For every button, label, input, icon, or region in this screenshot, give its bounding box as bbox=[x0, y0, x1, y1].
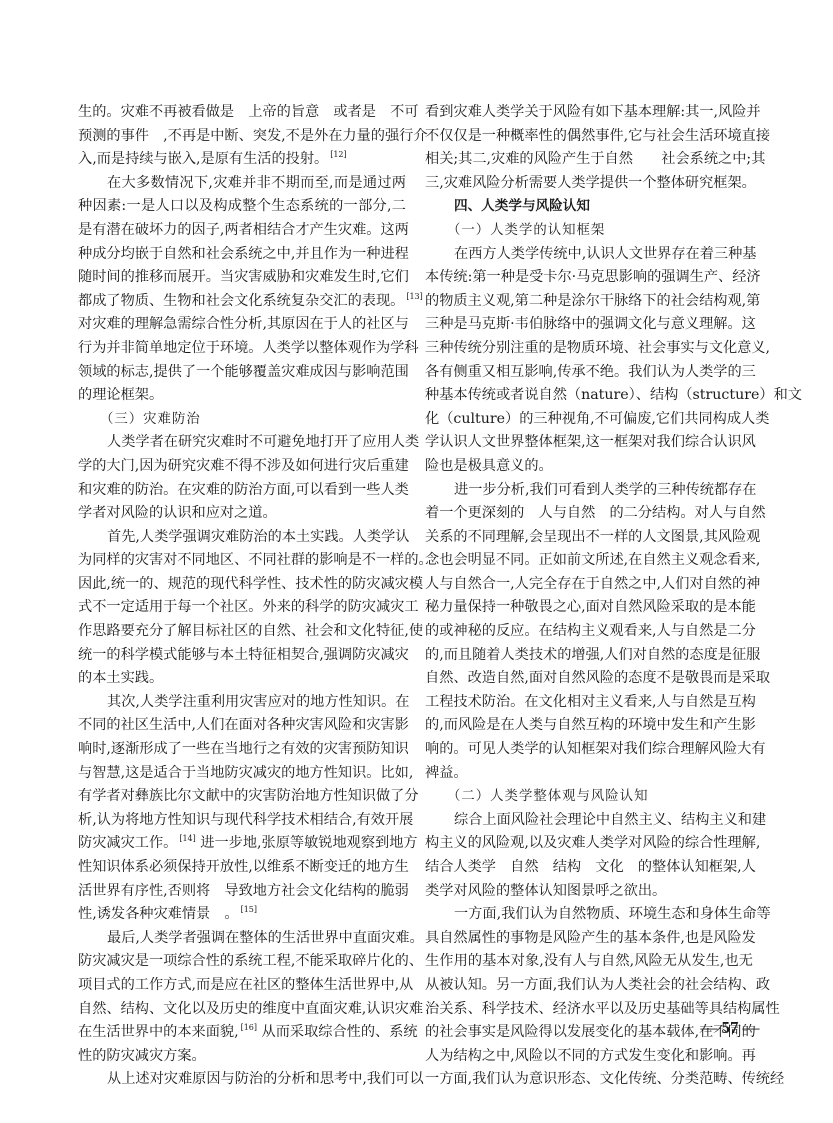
line-text: 生的。灾难不再被看做是 上帝的旨意 或者是 不可 bbox=[78, 104, 419, 120]
paragraph-first-line: 综合上面风险社会理论中自然主义、结构主义和建 bbox=[425, 809, 753, 833]
line-text: 综合上面风险社会理论中自然主义、结构主义和建 bbox=[454, 812, 766, 828]
line-text: 学者对风险的认识和应对之道。 bbox=[78, 505, 277, 521]
body-text-line: 为同样的灾害对不同地区、不同社群的影响是不一样的。 bbox=[78, 549, 406, 573]
paragraph-first-line: 人类学者在研究灾难时不可避免地打开了应用人类 bbox=[78, 431, 406, 455]
subsection-heading: （二）人类学整体观与风险认知 bbox=[425, 785, 753, 809]
body-text-line: 响的。可见人类学的认知框架对我们综合理解风险大有 bbox=[425, 738, 753, 762]
line-text: 裨益。 bbox=[425, 765, 468, 781]
citation-reference: [12] bbox=[330, 150, 346, 159]
line-text: 三,灾难风险分析需要人类学提供一个整体研究框架。 bbox=[425, 175, 756, 191]
line-text: 对灾难的理解急需综合性分析,其原因在于人的社区与 bbox=[78, 316, 409, 332]
body-text-line: 在生活世界中的本来面貌,[16] 从而采取综合性的、系统 bbox=[78, 1021, 406, 1045]
line-text: 其次,人类学注重利用灾害应对的地方性知识。在 bbox=[107, 694, 409, 710]
paragraph-last-line: 性,诱发各种灾难情景 。[15] bbox=[78, 903, 406, 927]
body-text-line: 学的大门,因为研究灾难不得不涉及如何进行灾后重建 bbox=[78, 455, 406, 479]
line-text: 入,而是持续与嵌入,是原有生活的投射。 bbox=[78, 151, 328, 167]
body-text-line: 项目式的工作方式,而是应在社区的整体生活世界中,从 bbox=[78, 974, 406, 998]
body-text-line: 对灾难的理解急需综合性分析,其原因在于人的社区与 bbox=[78, 313, 406, 337]
line-text: 不仅仅是一种概率性的偶然事件,它与社会生活环境直接 bbox=[425, 128, 770, 144]
line-text: 险也是极具意义的。 bbox=[425, 458, 553, 474]
line-text: 念也会明显不同。正如前文所述,在自然主义观念看来, bbox=[425, 552, 760, 568]
body-text-line: 学认识人文世界整体框架,这一框架对我们综合认识风 bbox=[425, 431, 753, 455]
line-text: 都成了物质、生物和社会文化系统复杂交汇的表现。 bbox=[78, 293, 404, 309]
body-text-line: 是有潜在破坏力的因子,两者相结合才产生灾难。这两 bbox=[78, 219, 406, 243]
paragraph-last-line: 的本土实践。 bbox=[78, 667, 406, 691]
paragraph-first-line: 首先,人类学强调灾难防治的本土实践。人类学认 bbox=[78, 526, 406, 550]
body-text-line: 析,认为将地方性知识与现代科学技术相结合,有效开展 bbox=[78, 809, 406, 833]
body-text-line: 活世界有序性,否则将 导致地方社会文化结构的脆弱 bbox=[78, 880, 406, 904]
line-text: 进一步分析,我们可看到人类学的三种传统都存在 bbox=[454, 482, 756, 498]
body-text-line: 因此,统一的、规范的现代科学性、技术性的防灾减灾模 bbox=[78, 573, 406, 597]
citation-reference: [14] bbox=[179, 834, 195, 843]
line-text: 化（culture）的三种视角,不可偏废,它们共同构成人类 bbox=[425, 411, 769, 427]
page-number: —57— bbox=[690, 1018, 770, 1038]
line-text: 工程技术防治。在文化相对主义看来,人与自然是互构 bbox=[425, 694, 756, 710]
body-text-line: 看到灾难人类学关于风险有如下基本理解:其一,风险并 bbox=[425, 101, 753, 125]
citation-reference: [15] bbox=[241, 905, 257, 914]
line-text: （一）人类学的认知框架 bbox=[447, 223, 605, 238]
line-text: 在生活世界中的本来面貌, bbox=[78, 1024, 239, 1040]
paragraph-first-line: 从上述对灾难原因与防治的分析和思考中,我们可以 bbox=[78, 1068, 406, 1092]
body-text-line: 生的。灾难不再被看做是 上帝的旨意 或者是 不可 bbox=[78, 101, 406, 125]
line-text: 性的防灾减灾方案。 bbox=[78, 1048, 206, 1064]
body-text-line: 随时间的推移而展开。当灾害威胁和灾难发生时,它们 bbox=[78, 266, 406, 290]
left-column: 生的。灾难不再被看做是 上帝的旨意 或者是 不可预测的事件 ,不再是中断、突发,… bbox=[78, 101, 406, 1092]
line-text: 人与自然合一,人完全存在于自然之中,人们对自然的神 bbox=[425, 576, 760, 592]
body-text-line: 性知识体系必须保持开放性,以维系不断变迁的地方生 bbox=[78, 856, 406, 880]
page-number-dash-right: — bbox=[743, 1018, 760, 1037]
line-text: 三种是马克斯·韦伯脉络中的强调文化与意义理解。这 bbox=[425, 316, 756, 332]
paragraph-last-line: 三,灾难风险分析需要人类学提供一个整体研究框架。 bbox=[425, 172, 753, 196]
line-text: 式不一定适用于每一个社区。外来的科学的防灾减灾工 bbox=[78, 599, 419, 615]
line-text: 析,认为将地方性知识与现代科学技术相结合,有效开展 bbox=[78, 812, 413, 828]
line-text: 随时间的推移而展开。当灾害威胁和灾难发生时,它们 bbox=[78, 269, 409, 285]
line-text: 在大多数情况下,灾难并非不期而至,而是通过两 bbox=[107, 175, 406, 191]
body-text-line: 不同的社区生活中,人们在面对各种灾害风险和灾害影 bbox=[78, 714, 406, 738]
body-text-line: 式不一定适用于每一个社区。外来的科学的防灾减灾工 bbox=[78, 596, 406, 620]
line-text: 从上述对灾难原因与防治的分析和思考中,我们可以 bbox=[107, 1071, 424, 1087]
body-text-line: 生作用的基本对象,没有人与自然,风险无从发生,也无 bbox=[425, 950, 753, 974]
line-text: 本传统:第一种是受卡尔·马克思影响的强调生产、经济 bbox=[425, 269, 761, 285]
line-text: 各有侧重又相互影响,传承不绝。我们认为人类学的三 bbox=[425, 364, 756, 380]
line-text: 活世界有序性,否则将 导致地方社会文化结构的脆弱 bbox=[78, 883, 409, 899]
body-text-line: 三种传统分别注重的是物质环境、社会事实与文化意义, bbox=[425, 337, 753, 361]
line-text: 生作用的基本对象,没有人与自然,风险无从发生,也无 bbox=[425, 953, 753, 969]
line-text: 四、人类学与风险认知 bbox=[454, 198, 590, 214]
line-text: 在西方人类学传统中,认识人文世界存在着三种基 bbox=[454, 246, 756, 262]
line-text: 项目式的工作方式,而是应在社区的整体生活世界中,从 bbox=[78, 977, 413, 993]
line-text: 性,诱发各种灾难情景 。 bbox=[78, 906, 239, 922]
line-text: 防灾减灾是一项综合性的系统工程,不能采取碎片化的、 bbox=[78, 953, 423, 969]
body-text-line: 化（culture）的三种视角,不可偏废,它们共同构成人类 bbox=[425, 408, 753, 432]
line-text: 防灾减灾工作。 bbox=[78, 835, 177, 851]
line-text: 种基本传统或者说自然（nature）、结构（structure）和文 bbox=[425, 387, 802, 403]
body-text-line: 防灾减灾工作。[14] 进一步地,张原等敏锐地观察到地方 bbox=[78, 832, 406, 856]
body-text-line: 着一个更深刻的 人与自然 的二分结构。对人与自然 bbox=[425, 502, 753, 526]
right-column: 看到灾难人类学关于风险有如下基本理解:其一,风险并不仅仅是一种概率性的偶然事件,… bbox=[425, 101, 753, 1092]
paragraph-last-line: 裨益。 bbox=[425, 762, 753, 786]
body-text-line: 不仅仅是一种概率性的偶然事件,它与社会生活环境直接 bbox=[425, 125, 753, 149]
line-text: （二）人类学整体观与风险认知 bbox=[447, 789, 648, 804]
body-text-line: 自然、改造自然,面对自然风险的态度不是敬畏而是采取 bbox=[425, 667, 753, 691]
paragraph-last-line: 入,而是持续与嵌入,是原有生活的投射。[12] bbox=[78, 148, 406, 172]
body-text-line: 响时,逐渐形成了一些在当地行之有效的灾害预防知识 bbox=[78, 738, 406, 762]
line-text: （三）灾难防治 bbox=[100, 412, 201, 427]
line-text: 构主义的风险观,以及灾难人类学对风险的综合性理解, bbox=[425, 835, 760, 851]
body-text-line: 的或神秘的反应。在结构主义观看来,人与自然是二分 bbox=[425, 620, 753, 644]
body-text-line: 种基本传统或者说自然（nature）、结构（structure）和文 bbox=[425, 384, 753, 408]
line-text: 与智慧,这是适合于当地防灾减灾的地方性知识。比如, bbox=[78, 765, 413, 781]
body-text-line: 秘力量保持一种敬畏之心,面对自然风险采取的是本能 bbox=[425, 596, 753, 620]
body-text-line: 的,而风险是在人类与自然互构的环境中发生和产生影 bbox=[425, 714, 753, 738]
line-text: 响的。可见人类学的认知框架对我们综合理解风险大有 bbox=[425, 741, 766, 757]
line-text: 学认识人文世界整体框架,这一框架对我们综合认识风 bbox=[425, 434, 756, 450]
line-text: 的理论框架。 bbox=[78, 387, 163, 403]
citation-reference: [13] bbox=[406, 292, 422, 301]
paragraph-last-line: 险也是极具意义的。 bbox=[425, 455, 753, 479]
body-text-line: 都成了物质、生物和社会文化系统复杂交汇的表现。[13] bbox=[78, 290, 406, 314]
paragraph-last-line: 性的防灾减灾方案。 bbox=[78, 1045, 406, 1069]
line-text: 关系的不同理解,会呈现出不一样的人文图景,其风险观 bbox=[425, 529, 760, 545]
paragraph-first-line: 一方面,我们认为自然物质、环境生态和身体生命等 bbox=[425, 903, 753, 927]
line-text: 的物质主义观,第二种是涂尔干脉络下的社会结构观,第 bbox=[425, 293, 760, 309]
body-text-line: 的物质主义观,第二种是涂尔干脉络下的社会结构观,第 bbox=[425, 290, 753, 314]
line-text: 人为结构之中,风险以不同的方式发生变化和影响。再 bbox=[425, 1048, 756, 1064]
body-text-line: 行为并非简单地定位于环境。人类学以整体观作为学科 bbox=[78, 337, 406, 361]
body-text-line: 自然、结构、文化以及历史的维度中直面灾难,认识灾难 bbox=[78, 998, 406, 1022]
line-text: 是有潜在破坏力的因子,两者相结合才产生灾难。这两 bbox=[78, 222, 409, 238]
page-number-value: 57 bbox=[722, 1018, 739, 1037]
line-text: 的,而且随着人类技术的增强,人们对自然的态度是征服 bbox=[425, 647, 760, 663]
line-text: 结合人类学 自然 结构 文化 的整体认知框架,人 bbox=[425, 859, 756, 875]
line-text: 自然、改造自然,面对自然风险的态度不是敬畏而是采取 bbox=[425, 670, 770, 686]
body-text-line: 具自然属性的事物是风险产生的基本条件,也是风险发 bbox=[425, 927, 753, 951]
line-text: 统一的科学模式能够与本土特征相契合,强调防灾减灾 bbox=[78, 647, 409, 663]
line-text: 因此,统一的、规范的现代科学性、技术性的防灾减灾模 bbox=[78, 576, 423, 592]
body-text-line: 种成分均嵌于自然和社会系统之中,并且作为一种进程 bbox=[78, 243, 406, 267]
line-text: 有学者对彝族比尔文献中的灾害防治地方性知识做了分 bbox=[78, 788, 419, 804]
line-text: 性知识体系必须保持开放性,以维系不断变迁的地方生 bbox=[78, 859, 409, 875]
line-text: 一方面,我们认为意识形态、文化传统、分类范畴、传统经 bbox=[425, 1071, 784, 1087]
line-text: 行为并非简单地定位于环境。人类学以整体观作为学科 bbox=[78, 340, 419, 356]
line-text: 秘力量保持一种敬畏之心,面对自然风险采取的是本能 bbox=[425, 599, 756, 615]
line-text: 预测的事件 ,不再是中断、突发,不是外在力量的强行介 bbox=[78, 128, 428, 144]
line-text: 治关系、科学技术、经济水平以及历史基础等具结构属性 bbox=[425, 1001, 780, 1017]
line-text: 学的大门,因为研究灾难不得不涉及如何进行灾后重建 bbox=[78, 458, 409, 474]
body-text-line: 防灾减灾是一项综合性的系统工程,不能采取碎片化的、 bbox=[78, 950, 406, 974]
body-text-line: 各有侧重又相互影响,传承不绝。我们认为人类学的三 bbox=[425, 361, 753, 385]
line-text: 种因素:一是人口以及构成整个生态系统的一部分,二 bbox=[78, 198, 406, 214]
body-text-line: 领域的标志,提供了一个能够覆盖灾难成因与影响范围 bbox=[78, 361, 406, 385]
line-text: 着一个更深刻的 人与自然 的二分结构。对人与自然 bbox=[425, 505, 766, 521]
body-text-line: 人与自然合一,人完全存在于自然之中,人们对自然的神 bbox=[425, 573, 753, 597]
paragraph-first-line: 在大多数情况下,灾难并非不期而至,而是通过两 bbox=[78, 172, 406, 196]
paragraph-first-line: 最后,人类学者强调在整体的生活世界中直面灾难。 bbox=[78, 927, 406, 951]
paragraph-last-line: 类学对风险的整体认知图景呼之欲出。 bbox=[425, 880, 753, 904]
line-text: 作思路要充分了解目标社区的自然、社会和文化特征,使 bbox=[78, 623, 423, 639]
line-text: 人类学者在研究灾难时不可避免地打开了应用人类 bbox=[107, 434, 419, 450]
body-text-line: 本传统:第一种是受卡尔·马克思影响的强调生产、经济 bbox=[425, 266, 753, 290]
line-text: 种成分均嵌于自然和社会系统之中,并且作为一种进程 bbox=[78, 246, 409, 262]
line-text: 自然、结构、文化以及历史的维度中直面灾难,认识灾难 bbox=[78, 1001, 423, 1017]
body-text-line: 人为结构之中,风险以不同的方式发生变化和影响。再 bbox=[425, 1045, 753, 1069]
body-text-line: 和灾难的防治。在灾难的防治方面,可以看到一些人类 bbox=[78, 479, 406, 503]
body-text-line: 作思路要充分了解目标社区的自然、社会和文化特征,使 bbox=[78, 620, 406, 644]
body-text-line: 一方面,我们认为意识形态、文化传统、分类范畴、传统经 bbox=[425, 1068, 753, 1092]
line-text: 看到灾难人类学关于风险有如下基本理解:其一,风险并 bbox=[425, 104, 761, 120]
body-text-line: 预测的事件 ,不再是中断、突发,不是外在力量的强行介 bbox=[78, 125, 406, 149]
line-text: 类学对风险的整体认知图景呼之欲出。 bbox=[425, 883, 666, 899]
line-text: 首先,人类学强调灾难防治的本土实践。人类学认 bbox=[107, 529, 409, 545]
line-text: 最后,人类学者强调在整体的生活世界中直面灾难。 bbox=[107, 930, 424, 946]
body-text-line: 有学者对彝族比尔文献中的灾害防治地方性知识做了分 bbox=[78, 785, 406, 809]
line-text: 一方面,我们认为自然物质、环境生态和身体生命等 bbox=[454, 906, 771, 922]
line-text: 三种传统分别注重的是物质环境、社会事实与文化意义, bbox=[425, 340, 770, 356]
line-text: 的本土实践。 bbox=[78, 670, 163, 686]
line-text: 和灾难的防治。在灾难的防治方面,可以看到一些人类 bbox=[78, 482, 409, 498]
body-text-line: 相关;其二,灾难的风险产生于自然 社会系统之中;其 bbox=[425, 148, 753, 172]
line-text: 的,而风险是在人类与自然互构的环境中发生和产生影 bbox=[425, 717, 756, 733]
body-text-line: 的,而且随着人类技术的增强,人们对自然的态度是征服 bbox=[425, 644, 753, 668]
line-text: 相关;其二,灾难的风险产生于自然 社会系统之中;其 bbox=[425, 151, 765, 167]
body-text-line: 结合人类学 自然 结构 文化 的整体认知框架,人 bbox=[425, 856, 753, 880]
line-text-continued: 从而采取综合性的、系统 bbox=[257, 1024, 418, 1040]
paragraph-first-line: 其次,人类学注重利用灾害应对的地方性知识。在 bbox=[78, 691, 406, 715]
line-text: 从被认知。另一方面,我们认为人类社会的社会结构、政 bbox=[425, 977, 770, 993]
body-text-line: 种因素:一是人口以及构成整个生态系统的一部分,二 bbox=[78, 195, 406, 219]
line-text: 领域的标志,提供了一个能够覆盖灾难成因与影响范围 bbox=[78, 364, 409, 380]
line-text: 不同的社区生活中,人们在面对各种灾害风险和灾害影 bbox=[78, 717, 409, 733]
subsection-heading: （一）人类学的认知框架 bbox=[425, 219, 753, 243]
line-text: 响时,逐渐形成了一些在当地行之有效的灾害预防知识 bbox=[78, 741, 409, 757]
body-text-line: 构主义的风险观,以及灾难人类学对风险的综合性理解, bbox=[425, 832, 753, 856]
body-text-line: 工程技术防治。在文化相对主义看来,人与自然是互构 bbox=[425, 691, 753, 715]
body-text-line: 念也会明显不同。正如前文所述,在自然主义观念看来, bbox=[425, 549, 753, 573]
body-text-line: 三种是马克斯·韦伯脉络中的强调文化与意义理解。这 bbox=[425, 313, 753, 337]
paragraph-last-line: 学者对风险的认识和应对之道。 bbox=[78, 502, 406, 526]
paragraph-first-line: 进一步分析,我们可看到人类学的三种传统都存在 bbox=[425, 479, 753, 503]
body-text-line: 关系的不同理解,会呈现出不一样的人文图景,其风险观 bbox=[425, 526, 753, 550]
line-text: 为同样的灾害对不同地区、不同社群的影响是不一样的。 bbox=[78, 552, 433, 568]
section-heading: 四、人类学与风险认知 bbox=[425, 195, 753, 219]
line-text-continued: 进一步地,张原等敏锐地观察到地方 bbox=[196, 835, 418, 851]
body-text-line: 统一的科学模式能够与本土特征相契合,强调防灾减灾 bbox=[78, 644, 406, 668]
page-number-dash-left: — bbox=[701, 1018, 718, 1037]
body-text-line: 与智慧,这是适合于当地防灾减灾的地方性知识。比如, bbox=[78, 762, 406, 786]
paragraph-last-line: 的理论框架。 bbox=[78, 384, 406, 408]
paragraph-first-line: 在西方人类学传统中,认识人文世界存在着三种基 bbox=[425, 243, 753, 267]
subsection-heading: （三）灾难防治 bbox=[78, 408, 406, 432]
line-text: 具自然属性的事物是风险产生的基本条件,也是风险发 bbox=[425, 930, 756, 946]
line-text: 的或神秘的反应。在结构主义观看来,人与自然是二分 bbox=[425, 623, 756, 639]
body-text-line: 从被认知。另一方面,我们认为人类社会的社会结构、政 bbox=[425, 974, 753, 998]
citation-reference: [16] bbox=[241, 1023, 257, 1032]
